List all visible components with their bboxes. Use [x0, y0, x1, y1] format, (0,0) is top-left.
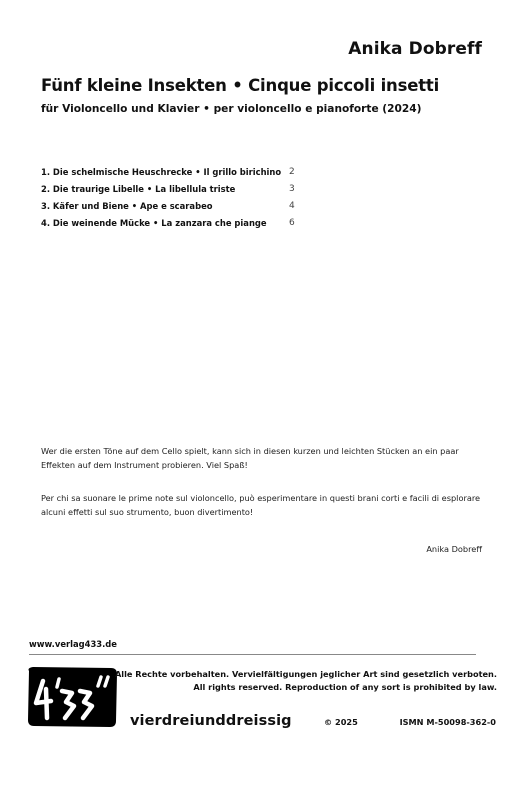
- preface-italian: Per chi sa suonare le prime note sul vio…: [41, 491, 481, 519]
- footer-divider: [29, 654, 476, 655]
- toc-item: 1. Die schelmische Heuschrecke • Il gril…: [41, 166, 301, 183]
- rights-notice-english: All rights reserved. Reproduction of any…: [193, 682, 497, 692]
- ismn-number: ISMN M-50098-362-0: [400, 717, 496, 727]
- preface-german: Wer die ersten Töne auf dem Cello spielt…: [41, 444, 481, 472]
- rights-notice-german: Alle Rechte vorbehalten. Vervielfältigun…: [115, 669, 497, 679]
- toc-item: 3. Käfer und Biene • Ape e scarabeo 4: [41, 200, 301, 217]
- copyright-notice: © 2025: [324, 717, 358, 727]
- publisher-logo-icon: [25, 665, 119, 729]
- publisher-url-link[interactable]: www.verlag433.de: [29, 639, 117, 649]
- toc-item-title: 3. Käfer und Biene • Ape e scarabeo: [41, 200, 213, 212]
- toc-item-title: 1. Die schelmische Heuschrecke • Il gril…: [41, 166, 281, 178]
- publisher-name: vierdreiunddreissig: [130, 713, 292, 729]
- toc-item-page: 4: [289, 200, 295, 212]
- preface-signature: Anika Dobreff: [426, 544, 482, 554]
- work-subtitle: für Violoncello und Klavier • per violon…: [41, 103, 421, 115]
- toc-item: 4. Die weinende Mücke • La zanzara che p…: [41, 217, 301, 234]
- toc-item: 2. Die traurige Libelle • La libellula t…: [41, 183, 301, 200]
- toc-item-title: 2. Die traurige Libelle • La libellula t…: [41, 183, 235, 195]
- toc-item-page: 6: [289, 217, 295, 229]
- toc-item-page: 3: [289, 183, 295, 195]
- table-of-contents: 1. Die schelmische Heuschrecke • Il gril…: [41, 166, 301, 234]
- toc-item-title: 4. Die weinende Mücke • La zanzara che p…: [41, 217, 267, 229]
- composer-name: Anika Dobreff: [348, 39, 482, 59]
- work-title: Fünf kleine Insekten • Cinque piccoli in…: [41, 76, 439, 95]
- toc-item-page: 2: [289, 166, 295, 178]
